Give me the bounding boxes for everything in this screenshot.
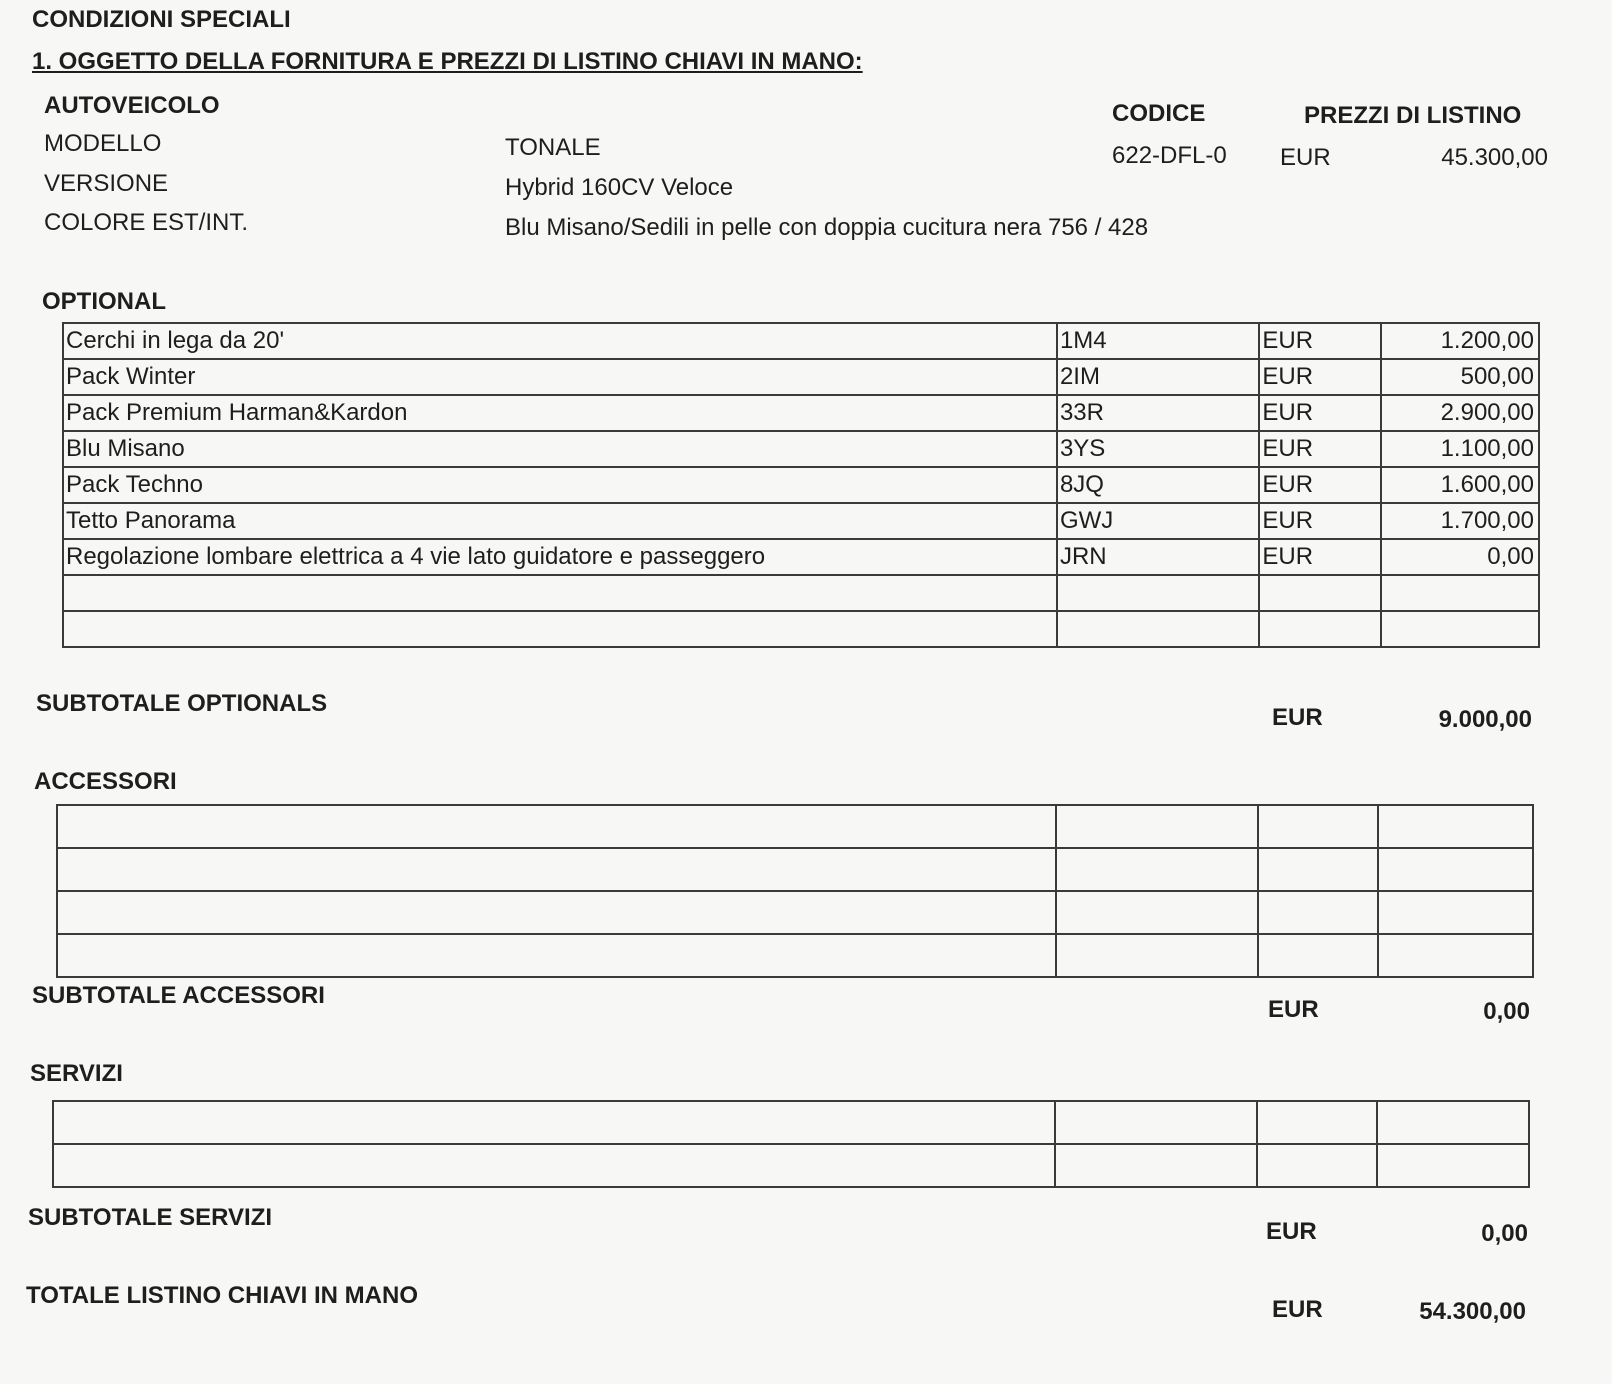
item-amount — [1377, 1144, 1529, 1187]
item-currency — [1257, 1144, 1377, 1187]
item-amount: 1.100,00 — [1381, 431, 1539, 467]
total-amount: 54.300,00 — [1380, 1298, 1526, 1326]
service-row — [53, 1101, 1529, 1144]
accessory-row — [57, 934, 1533, 977]
item-code — [1055, 1144, 1258, 1187]
item-amount — [1381, 611, 1539, 647]
item-description — [57, 848, 1056, 891]
item-code — [1057, 611, 1259, 647]
item-currency: EUR — [1259, 467, 1381, 503]
item-code — [1056, 805, 1259, 848]
optional-row: Pack Techno8JQEUR1.600,00 — [63, 467, 1539, 503]
optional-heading: OPTIONAL — [42, 288, 166, 316]
item-description: Pack Premium Harman&Kardon — [63, 395, 1057, 431]
item-description: Cerchi in lega da 20' — [63, 323, 1057, 359]
item-description: Blu Misano — [63, 431, 1057, 467]
vehicle-price: 45.300,00 — [1380, 144, 1548, 172]
vehicle-version-value: Hybrid 160CV Veloce — [505, 174, 733, 202]
price-column-header: PREZZI DI LISTINO — [1304, 102, 1521, 130]
item-code — [1056, 848, 1259, 891]
item-currency: EUR — [1259, 539, 1381, 575]
item-description: Pack Winter — [63, 359, 1057, 395]
accessories-subtotal-amount: 0,00 — [1380, 998, 1530, 1026]
item-amount — [1381, 575, 1539, 611]
optional-table: Cerchi in lega da 20'1M4EUR1.200,00Pack … — [62, 322, 1540, 648]
vehicle-model-label: MODELLO — [44, 130, 161, 158]
item-code: 2IM — [1057, 359, 1259, 395]
vehicle-model-value: TONALE — [505, 134, 601, 162]
accessory-row — [57, 848, 1533, 891]
item-amount — [1378, 934, 1533, 977]
vehicle-color-label: COLORE EST/INT. — [44, 209, 248, 237]
document-title: CONDIZIONI SPECIALI — [32, 6, 291, 34]
section-heading: 1. OGGETTO DELLA FORNITURA E PREZZI DI L… — [32, 48, 863, 76]
optional-subtotal-label: SUBTOTALE OPTIONALS — [36, 690, 327, 718]
item-currency: EUR — [1259, 359, 1381, 395]
accessories-table — [56, 804, 1534, 978]
accessory-row — [57, 891, 1533, 934]
item-description — [63, 575, 1057, 611]
optional-row: Blu Misano3YSEUR1.100,00 — [63, 431, 1539, 467]
item-description — [53, 1144, 1055, 1187]
item-currency — [1258, 891, 1378, 934]
item-description — [63, 611, 1057, 647]
vehicle-currency: EUR — [1280, 144, 1331, 172]
item-amount — [1378, 805, 1533, 848]
services-subtotal-amount: 0,00 — [1380, 1220, 1528, 1248]
item-currency — [1259, 575, 1381, 611]
services-heading: SERVIZI — [30, 1060, 123, 1088]
optional-row: Cerchi in lega da 20'1M4EUR1.200,00 — [63, 323, 1539, 359]
item-description: Tetto Panorama — [63, 503, 1057, 539]
item-description: Pack Techno — [63, 467, 1057, 503]
vehicle-code: 622-DFL-0 — [1112, 142, 1227, 170]
optional-row: Tetto PanoramaGWJEUR1.700,00 — [63, 503, 1539, 539]
item-currency — [1258, 934, 1378, 977]
item-code: 33R — [1057, 395, 1259, 431]
item-code: JRN — [1057, 539, 1259, 575]
item-amount: 0,00 — [1381, 539, 1539, 575]
vehicle-heading: AUTOVEICOLO — [44, 92, 220, 120]
code-column-header: CODICE — [1112, 100, 1205, 128]
item-amount: 2.900,00 — [1381, 395, 1539, 431]
item-currency — [1258, 805, 1378, 848]
item-currency — [1259, 611, 1381, 647]
total-currency: EUR — [1272, 1296, 1323, 1324]
optional-row: Regolazione lombare elettrica a 4 vie la… — [63, 539, 1539, 575]
total-label: TOTALE LISTINO CHIAVI IN MANO — [26, 1282, 418, 1310]
item-description — [57, 805, 1056, 848]
item-code: 1M4 — [1057, 323, 1259, 359]
item-description — [53, 1101, 1055, 1144]
optional-row: Pack Premium Harman&Kardon33REUR2.900,00 — [63, 395, 1539, 431]
item-code — [1056, 891, 1259, 934]
services-subtotal-currency: EUR — [1266, 1218, 1317, 1246]
item-description: Regolazione lombare elettrica a 4 vie la… — [63, 539, 1057, 575]
vehicle-version-label: VERSIONE — [44, 170, 168, 198]
accessories-subtotal-currency: EUR — [1268, 996, 1319, 1024]
item-code — [1055, 1101, 1258, 1144]
service-row — [53, 1144, 1529, 1187]
item-description — [57, 934, 1056, 977]
item-code — [1057, 575, 1259, 611]
accessories-heading: ACCESSORI — [34, 768, 177, 796]
accessories-subtotal-label: SUBTOTALE ACCESSORI — [32, 982, 325, 1010]
optional-subtotal-amount: 9.000,00 — [1380, 706, 1532, 734]
item-amount: 500,00 — [1381, 359, 1539, 395]
item-amount — [1378, 891, 1533, 934]
optional-subtotal-currency: EUR — [1272, 704, 1323, 732]
item-amount: 1.600,00 — [1381, 467, 1539, 503]
accessory-row — [57, 805, 1533, 848]
item-currency — [1257, 1101, 1377, 1144]
item-amount — [1378, 848, 1533, 891]
item-currency: EUR — [1259, 431, 1381, 467]
item-code: 8JQ — [1057, 467, 1259, 503]
optional-row — [63, 611, 1539, 647]
item-currency: EUR — [1259, 395, 1381, 431]
item-amount: 1.700,00 — [1381, 503, 1539, 539]
item-code — [1056, 934, 1259, 977]
services-subtotal-label: SUBTOTALE SERVIZI — [28, 1204, 272, 1232]
item-amount: 1.200,00 — [1381, 323, 1539, 359]
optional-row: Pack Winter2IMEUR500,00 — [63, 359, 1539, 395]
optional-row — [63, 575, 1539, 611]
vehicle-color-value: Blu Misano/Sedili in pelle con doppia cu… — [505, 214, 1148, 242]
item-amount — [1377, 1101, 1529, 1144]
item-currency: EUR — [1259, 503, 1381, 539]
item-code: 3YS — [1057, 431, 1259, 467]
item-currency — [1258, 848, 1378, 891]
item-code: GWJ — [1057, 503, 1259, 539]
services-table — [52, 1100, 1530, 1188]
item-description — [57, 891, 1056, 934]
item-currency: EUR — [1259, 323, 1381, 359]
